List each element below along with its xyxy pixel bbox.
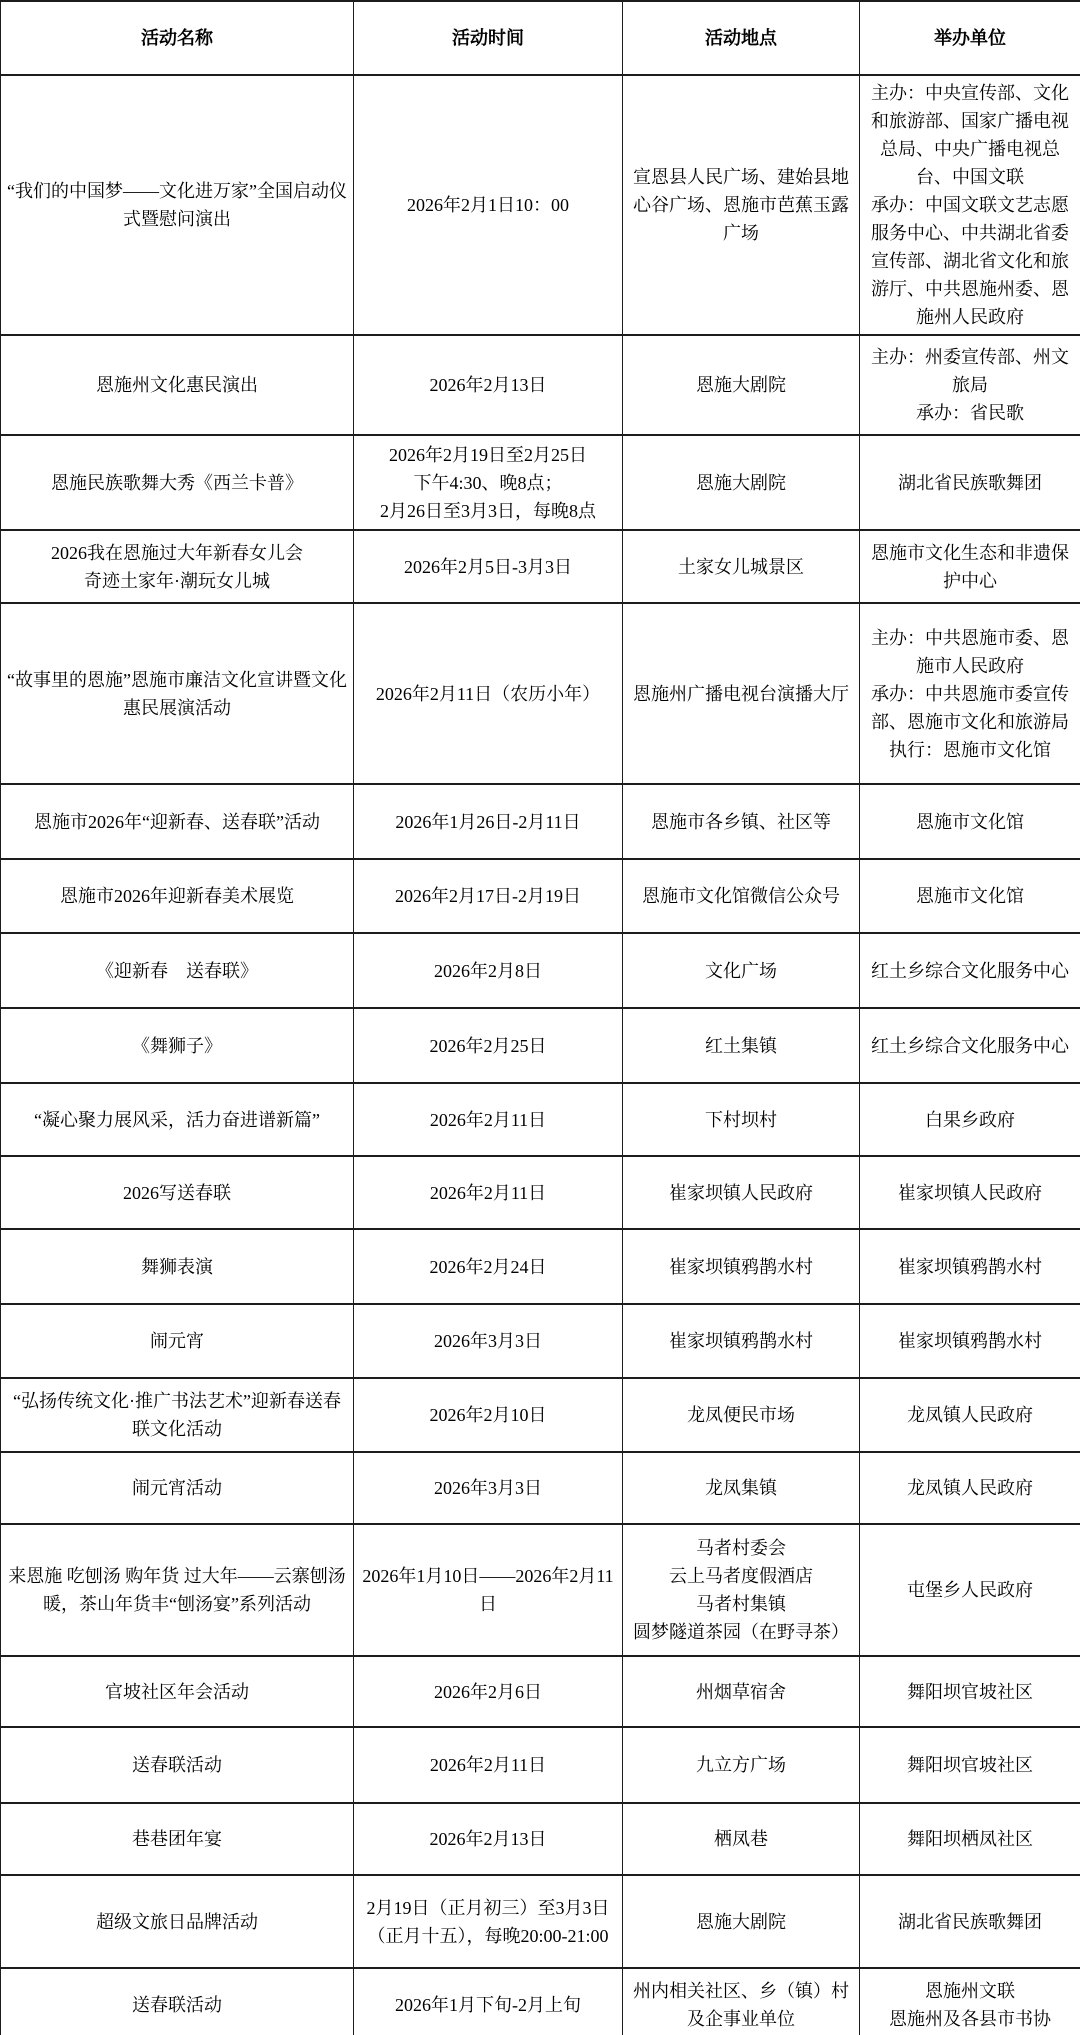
- cell-activity-time: 2026年2月19日至2月25日 下午4:30、晚8点； 2月26日至3月3日，…: [354, 435, 623, 530]
- table-row: 2026写送春联2026年2月11日崔家坝镇人民政府崔家坝镇人民政府: [1, 1156, 1080, 1229]
- cell-organizer: 崔家坝镇人民政府: [860, 1156, 1080, 1229]
- column-header-organizer: 举办单位: [860, 1, 1080, 75]
- cell-organizer: 白果乡政府: [860, 1083, 1080, 1156]
- cell-activity-name: 恩施市2026年“迎新春、送春联”活动: [1, 784, 354, 859]
- cell-organizer: 崔家坝镇鸦鹊水村: [860, 1304, 1080, 1378]
- cell-activity-time: 2026年2月13日: [354, 335, 623, 435]
- cell-activity-time: 2026年2月5日-3月3日: [354, 530, 623, 603]
- cell-activity-name: “弘扬传统文化·推广书法艺术”迎新春送春联文化活动: [1, 1378, 354, 1452]
- table-row: 官坡社区年会活动2026年2月6日州烟草宿舍舞阳坝官坡社区: [1, 1656, 1080, 1727]
- table-body: “我们的中国梦——文化进万家”全国启动仪式暨慰问演出2026年2月1日10：00…: [1, 75, 1080, 2035]
- table-row: 舞狮表演2026年2月24日崔家坝镇鸦鹊水村崔家坝镇鸦鹊水村: [1, 1229, 1080, 1304]
- cell-organizer: 湖北省民族歌舞团: [860, 1875, 1080, 1968]
- cell-activity-time: 2026年1月26日-2月11日: [354, 784, 623, 859]
- cell-activity-location: 恩施州广播电视台演播大厅: [623, 603, 860, 784]
- cell-activity-location: 土家女儿城景区: [623, 530, 860, 603]
- cell-activity-time: 2026年3月3日: [354, 1452, 623, 1524]
- table-row: 送春联活动2026年2月11日九立方广场舞阳坝官坡社区: [1, 1727, 1080, 1803]
- activities-table: 活动名称 活动时间 活动地点 举办单位 “我们的中国梦——文化进万家”全国启动仪…: [0, 0, 1080, 2035]
- cell-activity-location: 栖凤巷: [623, 1803, 860, 1875]
- cell-organizer: 恩施市文化生态和非遗保护中心: [860, 530, 1080, 603]
- cell-activity-name: 舞狮表演: [1, 1229, 354, 1304]
- page: { "table": { "headers": ["活动名称", "活动时间",…: [0, 0, 1080, 2035]
- cell-activity-name: 恩施州文化惠民演出: [1, 335, 354, 435]
- table-row: 恩施市2026年“迎新春、送春联”活动2026年1月26日-2月11日恩施市各乡…: [1, 784, 1080, 859]
- cell-activity-name: 闹元宵活动: [1, 1452, 354, 1524]
- cell-organizer: 屯堡乡人民政府: [860, 1524, 1080, 1656]
- table-row: “我们的中国梦——文化进万家”全国启动仪式暨慰问演出2026年2月1日10：00…: [1, 75, 1080, 335]
- table-row: “凝心聚力展风采，活力奋进谱新篇”2026年2月11日下村坝村白果乡政府: [1, 1083, 1080, 1156]
- cell-organizer: 龙凤镇人民政府: [860, 1378, 1080, 1452]
- cell-activity-name: 2026写送春联: [1, 1156, 354, 1229]
- cell-activity-time: 2026年2月8日: [354, 933, 623, 1008]
- cell-activity-time: 2026年2月13日: [354, 1803, 623, 1875]
- cell-activity-location: 恩施大剧院: [623, 335, 860, 435]
- table-row: 《迎新春 送春联》2026年2月8日文化广场红土乡综合文化服务中心: [1, 933, 1080, 1008]
- cell-organizer: 红土乡综合文化服务中心: [860, 933, 1080, 1008]
- cell-activity-time: 2026年1月10日——2026年2月11日: [354, 1524, 623, 1656]
- cell-activity-name: 恩施市2026年迎新春美术展览: [1, 859, 354, 933]
- cell-organizer: 舞阳坝官坡社区: [860, 1727, 1080, 1803]
- cell-activity-time: 2026年3月3日: [354, 1304, 623, 1378]
- cell-activity-name: 《舞狮子》: [1, 1008, 354, 1083]
- cell-activity-location: 恩施大剧院: [623, 435, 860, 530]
- cell-organizer: 主办：中央宣传部、文化和旅游部、国家广播电视总局、中央广播电视总台、中国文联 承…: [860, 75, 1080, 335]
- cell-activity-location: 文化广场: [623, 933, 860, 1008]
- table-row: 《舞狮子》2026年2月25日红土集镇红土乡综合文化服务中心: [1, 1008, 1080, 1083]
- cell-organizer: 湖北省民族歌舞团: [860, 435, 1080, 530]
- table-row: 恩施州文化惠民演出2026年2月13日恩施大剧院主办：州委宣传部、州文旅局 承办…: [1, 335, 1080, 435]
- cell-activity-name: 官坡社区年会活动: [1, 1656, 354, 1727]
- cell-activity-location: 恩施大剧院: [623, 1875, 860, 1968]
- cell-activity-time: 2026年2月10日: [354, 1378, 623, 1452]
- cell-activity-time: 2026年2月11日: [354, 1083, 623, 1156]
- table-row: 送春联活动2026年1月下旬-2月上旬州内相关社区、乡（镇）村及企事业单位恩施州…: [1, 1968, 1080, 2035]
- cell-activity-location: 恩施市各乡镇、社区等: [623, 784, 860, 859]
- cell-activity-name: 送春联活动: [1, 1727, 354, 1803]
- cell-organizer: 恩施州文联 恩施州及各县市书协: [860, 1968, 1080, 2035]
- cell-activity-name: 超级文旅日品牌活动: [1, 1875, 354, 1968]
- cell-activity-time: 2026年2月6日: [354, 1656, 623, 1727]
- cell-activity-name: 2026我在恩施过大年新春女儿会 奇迹土家年·潮玩女儿城: [1, 530, 354, 603]
- cell-activity-name: 闹元宵: [1, 1304, 354, 1378]
- cell-organizer: 舞阳坝官坡社区: [860, 1656, 1080, 1727]
- cell-activity-location: 崔家坝镇人民政府: [623, 1156, 860, 1229]
- table-row: 闹元宵活动2026年3月3日龙凤集镇龙凤镇人民政府: [1, 1452, 1080, 1524]
- cell-activity-name: 来恩施 吃刨汤 购年货 过大年——云寨刨汤暖，茶山年货丰“刨汤宴”系列活动: [1, 1524, 354, 1656]
- cell-activity-location: 马者村委会 云上马者度假酒店 马者村集镇 圆梦隧道茶园（在野寻茶）: [623, 1524, 860, 1656]
- cell-activity-location: 红土集镇: [623, 1008, 860, 1083]
- table-row: “故事里的恩施”恩施市廉洁文化宣讲暨文化惠民展演活动2026年2月11日（农历小…: [1, 603, 1080, 784]
- cell-activity-name: 《迎新春 送春联》: [1, 933, 354, 1008]
- column-header-activity-name: 活动名称: [1, 1, 354, 75]
- cell-organizer: 龙凤镇人民政府: [860, 1452, 1080, 1524]
- cell-activity-location: 恩施市文化馆微信公众号: [623, 859, 860, 933]
- cell-activity-time: 2026年2月11日: [354, 1727, 623, 1803]
- cell-activity-time: 2026年2月1日10：00: [354, 75, 623, 335]
- cell-activity-location: 州烟草宿舍: [623, 1656, 860, 1727]
- cell-organizer: 主办：中共恩施市委、恩施市人民政府 承办：中共恩施市委宣传部、恩施市文化和旅游局…: [860, 603, 1080, 784]
- table-row: 闹元宵2026年3月3日崔家坝镇鸦鹊水村崔家坝镇鸦鹊水村: [1, 1304, 1080, 1378]
- cell-activity-name: 送春联活动: [1, 1968, 354, 2035]
- cell-activity-location: 龙凤便民市场: [623, 1378, 860, 1452]
- column-header-activity-location: 活动地点: [623, 1, 860, 75]
- cell-activity-location: 崔家坝镇鸦鹊水村: [623, 1304, 860, 1378]
- cell-activity-time: 2月19日（正月初三）至3月3日（正月十五），每晚20:00-21:00: [354, 1875, 623, 1968]
- cell-organizer: 舞阳坝栖凤社区: [860, 1803, 1080, 1875]
- cell-activity-name: 巷巷团年宴: [1, 1803, 354, 1875]
- cell-organizer: 崔家坝镇鸦鹊水村: [860, 1229, 1080, 1304]
- table-row: 来恩施 吃刨汤 购年货 过大年——云寨刨汤暖，茶山年货丰“刨汤宴”系列活动202…: [1, 1524, 1080, 1656]
- cell-activity-time: 2026年2月17日-2月19日: [354, 859, 623, 933]
- cell-activity-time: 2026年2月11日: [354, 1156, 623, 1229]
- cell-activity-time: 2026年2月24日: [354, 1229, 623, 1304]
- cell-activity-location: 九立方广场: [623, 1727, 860, 1803]
- cell-activity-name: “凝心聚力展风采，活力奋进谱新篇”: [1, 1083, 354, 1156]
- cell-activity-location: 下村坝村: [623, 1083, 860, 1156]
- table-row: 超级文旅日品牌活动2月19日（正月初三）至3月3日（正月十五），每晚20:00-…: [1, 1875, 1080, 1968]
- cell-organizer: 恩施市文化馆: [860, 784, 1080, 859]
- cell-activity-name: “我们的中国梦——文化进万家”全国启动仪式暨慰问演出: [1, 75, 354, 335]
- header-row: 活动名称 活动时间 活动地点 举办单位: [1, 1, 1080, 75]
- column-header-activity-time: 活动时间: [354, 1, 623, 75]
- cell-organizer: 恩施市文化馆: [860, 859, 1080, 933]
- table-row: 2026我在恩施过大年新春女儿会 奇迹土家年·潮玩女儿城2026年2月5日-3月…: [1, 530, 1080, 603]
- cell-activity-location: 龙凤集镇: [623, 1452, 860, 1524]
- table-row: 恩施民族歌舞大秀《西兰卡普》2026年2月19日至2月25日 下午4:30、晚8…: [1, 435, 1080, 530]
- cell-activity-location: 崔家坝镇鸦鹊水村: [623, 1229, 860, 1304]
- cell-activity-time: 2026年2月11日（农历小年）: [354, 603, 623, 784]
- table-row: “弘扬传统文化·推广书法艺术”迎新春送春联文化活动2026年2月10日龙凤便民市…: [1, 1378, 1080, 1452]
- table-row: 巷巷团年宴2026年2月13日栖凤巷舞阳坝栖凤社区: [1, 1803, 1080, 1875]
- cell-organizer: 主办：州委宣传部、州文旅局 承办：省民歌: [860, 335, 1080, 435]
- cell-activity-location: 宣恩县人民广场、建始县地心谷广场、恩施市芭蕉玉露广场: [623, 75, 860, 335]
- cell-activity-time: 2026年1月下旬-2月上旬: [354, 1968, 623, 2035]
- cell-activity-location: 州内相关社区、乡（镇）村及企事业单位: [623, 1968, 860, 2035]
- cell-activity-name: 恩施民族歌舞大秀《西兰卡普》: [1, 435, 354, 530]
- cell-activity-time: 2026年2月25日: [354, 1008, 623, 1083]
- cell-activity-name: “故事里的恩施”恩施市廉洁文化宣讲暨文化惠民展演活动: [1, 603, 354, 784]
- table-row: 恩施市2026年迎新春美术展览2026年2月17日-2月19日恩施市文化馆微信公…: [1, 859, 1080, 933]
- cell-organizer: 红土乡综合文化服务中心: [860, 1008, 1080, 1083]
